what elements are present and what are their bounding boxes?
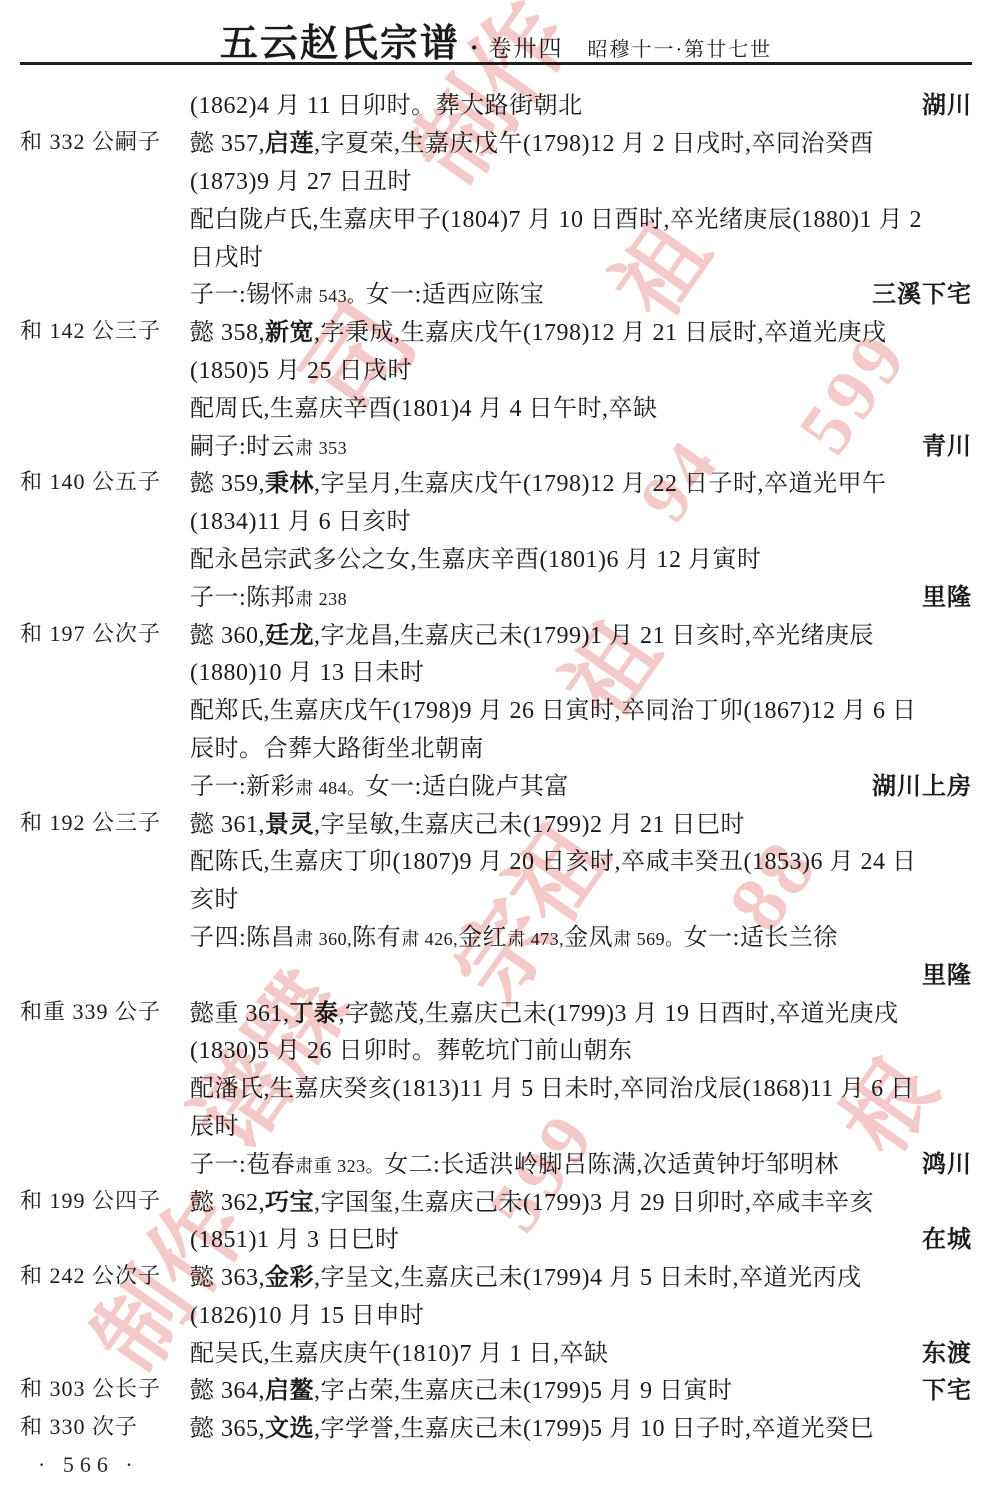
residence-label: 里隆	[922, 955, 972, 990]
entry-text: 子四:陈昌肃 360,陈有肃 426,金红肃 473,金凤肃 569。女一:适长…	[190, 917, 838, 952]
genealogy-row: 和 142 公三子懿 358,新宽,字秉成,生嘉庆戊午(1798)12 月 21…	[0, 311, 992, 349]
genealogy-row: 子一:苞春肃重 323。女二:长适洪岭脚吕陈满,次适黄钟圩邹明林鸿川	[0, 1142, 992, 1180]
genealogy-row: 辰时	[0, 1105, 992, 1143]
kinship-label: 和 197 公次子	[0, 617, 190, 648]
genealogy-row: 配永邑宗武多公之女,生嘉庆辛酉(1801)6 月 12 月寅时	[0, 538, 992, 576]
entry-text: 子一:锡怀肃 543。女一:适西应陈宝	[190, 274, 544, 309]
entry-text: (1862)4 月 11 日卯时。葬大路街朝北	[190, 85, 583, 120]
entry-text: 子一:苞春肃重 323。女二:长适洪岭脚吕陈满,次适黄钟圩邹明林	[190, 1144, 839, 1179]
residence-label: 在城	[922, 1219, 972, 1254]
genealogy-row: 里隆	[0, 953, 992, 991]
entry-text: 配吴氏,生嘉庆庚午(1810)7 月 1 日,卒缺	[190, 1333, 608, 1368]
header-rule	[20, 62, 972, 65]
entry-text: 嗣子:时云肃 353	[190, 426, 347, 461]
book-title: 五云赵氏宗谱	[220, 12, 460, 67]
residence-label: 湖川上房	[872, 766, 972, 801]
genealogy-row: 和 303 公长子懿 364,启鳌,字占荣,生嘉庆己未(1799)5 月 9 日…	[0, 1369, 992, 1407]
entry-text: 配永邑宗武多公之女,生嘉庆辛酉(1801)6 月 12 月寅时	[190, 539, 761, 574]
genealogy-row: (1830)5 月 26 日卯时。葬乾坑门前山朝东	[0, 1029, 992, 1067]
genealogy-row: 和 199 公四子懿 362,巧宝,字国玺,生嘉庆己未(1799)3 月 29 …	[0, 1180, 992, 1218]
kinship-label: 和重 339 公子	[0, 995, 190, 1026]
page-number: · 566 ·	[38, 1452, 139, 1478]
genealogy-row: 子一:新彩肃 484。女一:适白陇卢其富湖川上房	[0, 764, 992, 802]
entry-text: 懿 357,启莲,字夏荣,生嘉庆戊午(1798)12 月 2 日戌时,卒同治癸酉	[190, 123, 874, 158]
genealogy-row: 配周氏,生嘉庆辛酉(1801)4 月 4 日午时,卒缺	[0, 386, 992, 424]
entry-text: 懿 358,新宽,字秉成,生嘉庆戊午(1798)12 月 21 日辰时,卒道光庚…	[190, 312, 886, 347]
genealogy-row: 和 197 公次子懿 360,廷龙,字龙昌,生嘉庆己未(1799)1 月 21 …	[0, 613, 992, 651]
entry-text: 配白陇卢氏,生嘉庆甲子(1804)7 月 10 日酉时,卒光绪庚辰(1880)1…	[190, 199, 922, 234]
entry-text: 懿 359,秉林,字呈月,生嘉庆戊午(1798)12 月 22 日子时,卒道光甲…	[190, 463, 886, 498]
genealogy-row: 和 192 公三子懿 361,景灵,字呈敏,生嘉庆己未(1799)2 月 21 …	[0, 802, 992, 840]
entry-text: 子一:新彩肃 484。女一:适白陇卢其富	[190, 766, 569, 801]
entry-text: 懿 360,廷龙,字龙昌,生嘉庆己未(1799)1 月 21 日亥时,卒光绪庚辰	[190, 615, 874, 650]
genealogy-row: 和 332 公嗣子懿 357,启莲,字夏荣,生嘉庆戊午(1798)12 月 2 …	[0, 122, 992, 160]
genealogy-row: 子一:陈邦肃 238里隆	[0, 575, 992, 613]
genealogy-row: 配白陇卢氏,生嘉庆甲子(1804)7 月 10 日酉时,卒光绪庚辰(1880)1…	[0, 197, 992, 235]
entry-text: (1830)5 月 26 日卯时。葬乾坑门前山朝东	[190, 1030, 632, 1065]
genealogy-row: 配吴氏,生嘉庆庚午(1810)7 月 1 日,卒缺东渡	[0, 1331, 992, 1369]
kinship-label: 和 199 公四子	[0, 1184, 190, 1215]
volume-label: 卷卅四	[489, 30, 564, 63]
genealogy-row: (1880)10 月 13 日未时	[0, 651, 992, 689]
genealogy-row: 和 140 公五子懿 359,秉林,字呈月,生嘉庆戊午(1798)12 月 22…	[0, 462, 992, 500]
entry-text: 懿重 361,丁泰,字懿茂,生嘉庆己未(1799)3 月 19 日酉时,卒道光庚…	[190, 993, 898, 1028]
genealogy-row: 日戌时	[0, 235, 992, 273]
residence-label: 下宅	[922, 1370, 972, 1405]
genealogy-row: (1851)1 月 3 日巳时在城	[0, 1218, 992, 1256]
genealogy-row: 子四:陈昌肃 360,陈有肃 426,金红肃 473,金凤肃 569。女一:适长…	[0, 916, 992, 954]
entry-text: 懿 361,景灵,字呈敏,生嘉庆己未(1799)2 月 21 日巳时	[190, 804, 745, 839]
entry-text: 日戌时	[190, 237, 264, 272]
residence-label: 鸿川	[922, 1144, 972, 1179]
residence-label: 三溪下宅	[872, 274, 972, 309]
kinship-label: 和 140 公五子	[0, 465, 190, 496]
entry-text: 辰时。合葬大路街坐北朝南	[190, 728, 484, 763]
genealogy-row: 配潘氏,生嘉庆癸亥(1813)11 月 5 日未时,卒同治戊辰(1868)11 …	[0, 1067, 992, 1105]
entry-text: (1850)5 月 25 日戌时	[190, 350, 412, 385]
kinship-label: 和 242 公次子	[0, 1259, 190, 1290]
entry-text: 辰时	[190, 1106, 239, 1141]
residence-label: 里隆	[922, 577, 972, 612]
genealogy-row: 和 330 次子懿 365,文选,字学誉,生嘉庆己未(1799)5 月 10 日…	[0, 1407, 992, 1445]
entry-text: (1851)1 月 3 日巳时	[190, 1219, 399, 1254]
title-separator-dot: ·	[470, 33, 479, 63]
kinship-label: 和 330 次子	[0, 1410, 190, 1441]
entry-text: 懿 362,巧宝,字国玺,生嘉庆己未(1799)3 月 29 日卯时,卒咸丰辛亥	[190, 1182, 874, 1217]
genealogy-row: (1834)11 月 6 日亥时	[0, 500, 992, 538]
genealogy-row: 辰时。合葬大路街坐北朝南	[0, 727, 992, 765]
body-rows: (1862)4 月 11 日卯时。葬大路街朝北湖川和 332 公嗣子懿 357,…	[0, 84, 992, 1445]
entry-text: 懿 363,金彩,字呈文,生嘉庆己未(1799)4 月 5 日未时,卒道光丙戌	[190, 1257, 861, 1292]
page-header: 五云赵氏宗谱 · 卷卅四 昭穆十一·第廿七世	[0, 12, 992, 67]
kinship-label: 和 192 公三子	[0, 806, 190, 837]
residence-label: 东渡	[922, 1333, 972, 1368]
genealogy-row: 配郑氏,生嘉庆戊午(1798)9 月 26 日寅时,卒同治丁卯(1867)12 …	[0, 689, 992, 727]
kinship-label: 和 142 公三子	[0, 314, 190, 345]
genealogy-row: (1850)5 月 25 日戌时	[0, 349, 992, 387]
genealogy-row: 嗣子:时云肃 353青川	[0, 424, 992, 462]
entry-text: 子一:陈邦肃 238	[190, 577, 347, 612]
genealogy-row: (1826)10 月 15 日申时	[0, 1294, 992, 1332]
genealogy-row: 子一:锡怀肃 543。女一:适西应陈宝三溪下宅	[0, 273, 992, 311]
genealogy-row: 配陈氏,生嘉庆丁卯(1807)9 月 20 日亥时,卒咸丰癸丑(1853)6 月…	[0, 840, 992, 878]
entry-text: (1826)10 月 15 日申时	[190, 1295, 424, 1330]
residence-label: 湖川	[922, 85, 972, 120]
entry-text: (1834)11 月 6 日亥时	[190, 501, 411, 536]
kinship-label: 和 332 公嗣子	[0, 125, 190, 156]
genealogy-row: (1873)9 月 27 日丑时	[0, 160, 992, 198]
generation-label: 昭穆十一·第廿七世	[588, 33, 773, 62]
entry-text: 亥时	[190, 879, 239, 914]
residence-label: 青川	[922, 426, 972, 461]
entry-text: 配周氏,生嘉庆辛酉(1801)4 月 4 日午时,卒缺	[190, 388, 657, 423]
entry-text: (1880)10 月 13 日未时	[190, 652, 424, 687]
genealogy-row: (1862)4 月 11 日卯时。葬大路街朝北湖川	[0, 84, 992, 122]
entry-text: 配郑氏,生嘉庆戊午(1798)9 月 26 日寅时,卒同治丁卯(1867)12 …	[190, 690, 916, 725]
entry-text: 配陈氏,生嘉庆丁卯(1807)9 月 20 日亥时,卒咸丰癸丑(1853)6 月…	[190, 841, 916, 876]
entry-text: 配潘氏,生嘉庆癸亥(1813)11 月 5 日未时,卒同治戊辰(1868)11 …	[190, 1068, 915, 1103]
entry-text: (1873)9 月 27 日丑时	[190, 161, 412, 196]
entry-text: 懿 364,启鳌,字占荣,生嘉庆己未(1799)5 月 9 日寅时	[190, 1370, 732, 1405]
entry-text: 懿 365,文选,字学誉,生嘉庆己未(1799)5 月 10 日子时,卒道光癸巳	[190, 1408, 874, 1443]
genealogy-row: 和重 339 公子懿重 361,丁泰,字懿茂,生嘉庆己未(1799)3 月 19…	[0, 991, 992, 1029]
genealogy-row: 亥时	[0, 878, 992, 916]
genealogy-row: 和 242 公次子懿 363,金彩,字呈文,生嘉庆己未(1799)4 月 5 日…	[0, 1256, 992, 1294]
kinship-label: 和 303 公长子	[0, 1372, 190, 1403]
